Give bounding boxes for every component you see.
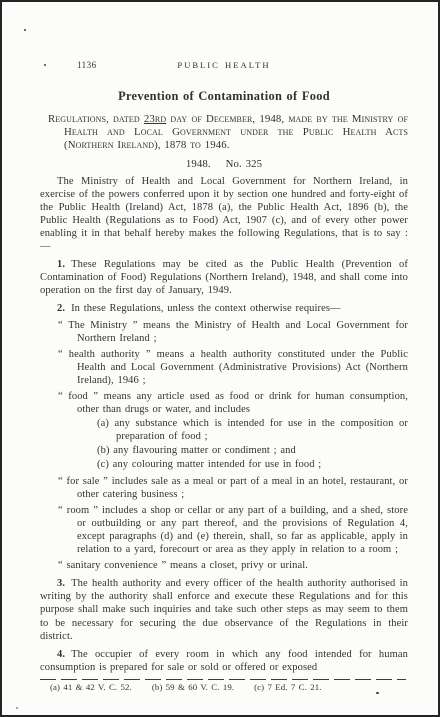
regulation-1-number: 1. (57, 259, 71, 270)
citation-line: 1948. No. 325 (40, 158, 408, 170)
regulation-1: 1.These Regulations may be cited as the … (40, 258, 408, 297)
footnote-divider (40, 679, 406, 680)
scan-speckle (24, 29, 26, 31)
definition-the-ministry: “ The Ministry ” means the Ministry of H… (40, 319, 408, 345)
footnote-a: (a) 41 & 42 V. C. 52. (50, 682, 132, 692)
definition-food-sub-item-b: (b) any flavouring matter or condiment ;… (40, 444, 408, 457)
regulation-4: 4.The occupier of every room in which an… (40, 648, 408, 674)
preamble-date: 23rd (144, 113, 166, 125)
regulation-4-number: 4. (57, 649, 71, 660)
citation-year: 1948. (186, 158, 211, 170)
scanned-document-page: 1136 PUBLIC HEALTH Prevention of Contami… (0, 0, 440, 717)
citation-number: No. 325 (226, 158, 263, 170)
definition-sanitary-convenience: “ sanitary convenience ” means a closet,… (40, 559, 408, 572)
definition-food-sub-item-a: (a) any substance which is intended for … (40, 417, 408, 443)
definition-for-sale: “ for sale ” includes sale as a meal or … (40, 475, 408, 501)
definition-room: “ room ” includes a shop or cellar or an… (40, 504, 408, 556)
definition-food-sub-item-c: (c) any colouring matter intended for us… (40, 458, 408, 471)
regulation-2-number: 2. (57, 303, 71, 314)
regulation-2: 2.In these Regulations, unless the conte… (40, 302, 408, 315)
definition-food: “ food ” means any article used as food … (40, 390, 408, 416)
preamble-text-before-date: Regulations, dated (48, 113, 144, 125)
regulation-2-text: In these Regulations, unless the context… (71, 303, 341, 314)
page-content: 1136 PUBLIC HEALTH Prevention of Contami… (40, 60, 408, 692)
preamble: Regulations, dated 23rd day of December,… (48, 113, 408, 153)
running-head: PUBLIC HEALTH (40, 60, 408, 70)
regulation-3-number: 3. (57, 578, 71, 589)
running-head-row: 1136 PUBLIC HEALTH (40, 60, 408, 72)
regulation-3: 3.The health authority and every officer… (40, 577, 408, 642)
intro-paragraph: The Ministry of Health and Local Governm… (40, 175, 408, 254)
regulation-1-text: These Regulations may be cited as the Pu… (40, 259, 408, 296)
footnotes: (a) 41 & 42 V. C. 52. (b) 59 & 60 V. C. … (50, 682, 408, 692)
scan-speckle (376, 692, 379, 694)
definition-health-authority: “ health authority ” means a health auth… (40, 348, 408, 387)
regulation-4-text: The occupier of every room in which any … (40, 649, 408, 673)
footnote-b: (b) 59 & 60 V. C. 19. (152, 682, 234, 692)
footnote-c: (c) 7 Ed. 7 C. 21. (254, 682, 321, 692)
document-title: Prevention of Contamination of Food (40, 89, 408, 104)
scan-speckle (16, 707, 18, 709)
regulation-3-text: The health authority and every officer o… (40, 578, 408, 641)
